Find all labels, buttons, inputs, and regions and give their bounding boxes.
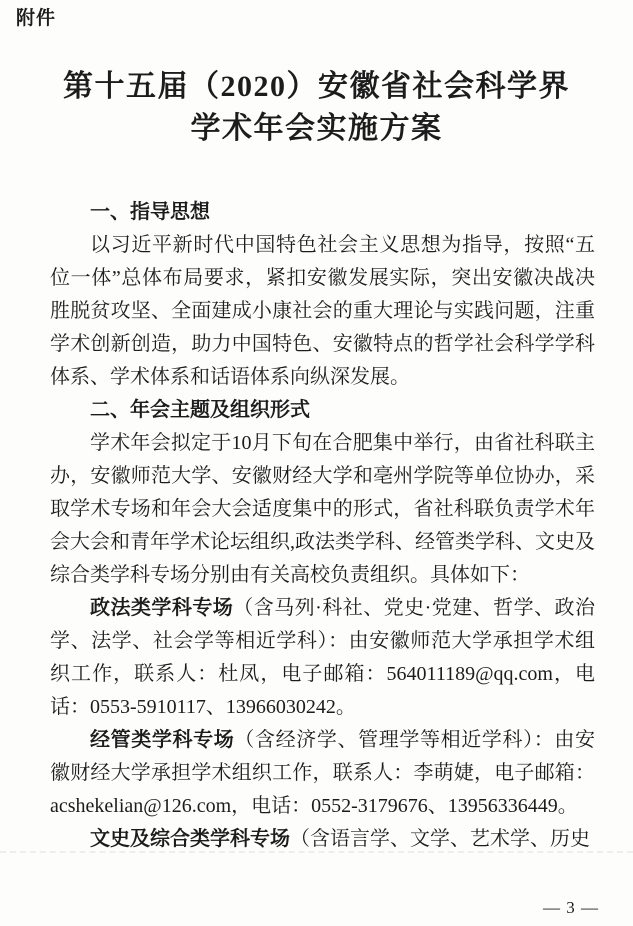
section-1-heading: 一、指导思想 bbox=[50, 196, 595, 229]
section-2-heading: 二、年会主题及组织形式 bbox=[50, 394, 595, 427]
session-paragraph-economics-management: 经管类学科专场（含经济学、管理学等相近学科）：由安徽财经大学承担学术组织工作，联… bbox=[50, 724, 595, 823]
section-2-paragraph: 学术年会拟定于10月下旬在合肥集中举行，由省社科联主办，安徽师范大学、安徽财经大… bbox=[50, 427, 595, 592]
title-line-2: 学术年会实施方案 bbox=[191, 112, 443, 145]
session-name-economics-management: 经管类学科专场 bbox=[90, 729, 234, 751]
section-1-paragraph: 以习近平新时代中国特色社会主义思想为指导，按照“五位一体”总体布局要求，紧扣安徽… bbox=[50, 229, 595, 394]
session-name-politics-law: 政法类学科专场 bbox=[90, 597, 233, 619]
session-name-humanities: 文史及综合类学科专场 bbox=[90, 828, 290, 850]
session-details-humanities: （含语言学、文学、艺术学、历史 bbox=[290, 828, 590, 850]
document-body: 一、指导思想 以习近平新时代中国特色社会主义思想为指导，按照“五位一体”总体布局… bbox=[50, 196, 595, 856]
page-number: — 3 — bbox=[543, 898, 599, 918]
document-page: 附件 第十五届（2020）安徽省社会科学界 学术年会实施方案 一、指导思想 以习… bbox=[0, 0, 633, 926]
document-title: 第十五届（2020）安徽省社会科学界 学术年会实施方案 bbox=[0, 0, 633, 150]
scan-artifact-line bbox=[0, 851, 633, 853]
attachment-label: 附件 bbox=[16, 7, 56, 31]
title-line-1: 第十五届（2020）安徽省社会科学界 bbox=[63, 70, 570, 103]
session-paragraph-politics-law: 政法类学科专场（含马列·科社、党史·党建、哲学、政治学、法学、社会学等相近学科）… bbox=[50, 592, 595, 724]
